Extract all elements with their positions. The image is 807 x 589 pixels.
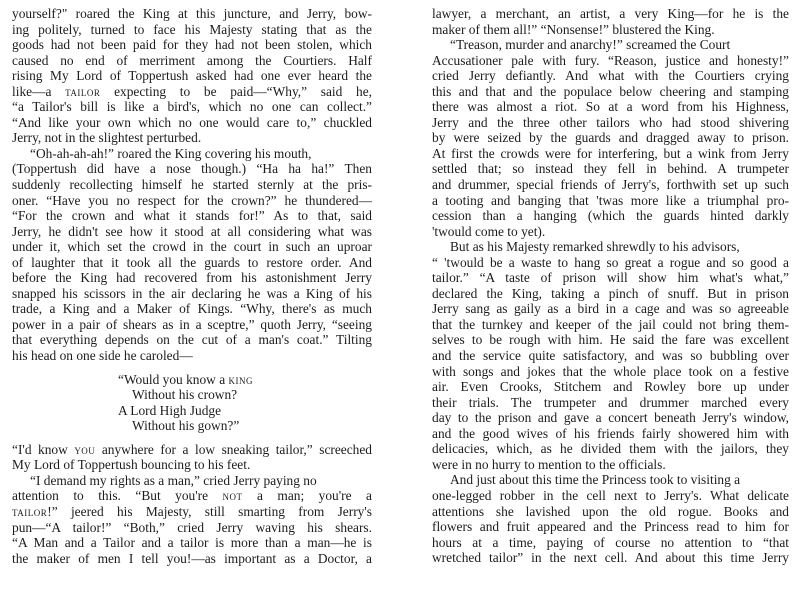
- text-line: that everything depends on the cut of a …: [12, 332, 372, 348]
- text-line: by were seized by the guards and dragged…: [432, 130, 789, 146]
- text-line: with songs and jokes that the whole plac…: [432, 364, 789, 380]
- text-line: and the service quite satisfactory, and …: [432, 348, 789, 364]
- text-line: of laughter that it took all the guards …: [12, 255, 372, 271]
- text-line: the maker of men I tell you!—as importan…: [12, 551, 372, 567]
- text-run: attention to this. “But you're: [12, 488, 223, 503]
- text-line: But as his Majesty remarked shrewdly to …: [432, 239, 789, 255]
- text-line: and drummer, special friends of Jerry's,…: [432, 177, 789, 193]
- text-line: wretched tailor” in the next cell. And a…: [432, 550, 789, 566]
- text-line: 'twould come to yet).: [432, 224, 789, 240]
- text-line: day to the prison and gave a concert ben…: [432, 410, 789, 426]
- text-run: expecting to be paid—“Why,” said he,: [100, 84, 372, 99]
- small-caps-word: king: [229, 372, 254, 387]
- text-line: one-legged robber in the cell next to Je…: [432, 488, 789, 504]
- text-run: a man; you're a: [243, 488, 372, 503]
- text-line: oner. “Have you no respect for the crown…: [12, 193, 372, 209]
- text-line: Jerry sang as gaily as a bird in a cage …: [432, 301, 789, 317]
- text-line: cried Jerry defiantly. And what with the…: [432, 68, 789, 84]
- text-line: rising My Lord of Toppertush asked had o…: [12, 68, 372, 84]
- text-line: there was almost a riot. So at a word fr…: [432, 99, 789, 115]
- text-line: “For the crown and what it stands for!” …: [12, 208, 372, 224]
- text-line: a tooting and banging that 'twas more li…: [432, 193, 789, 209]
- text-line: lawyer, a merchant, an artist, a very Ki…: [432, 6, 789, 22]
- verse-spacer: [12, 434, 372, 442]
- text-line: attentions she lavished upon the old rog…: [432, 504, 789, 520]
- text-line: At first the crowds were for interfering…: [432, 146, 789, 162]
- text-line: his head on one side he caroled—: [12, 348, 372, 364]
- text-line: “I'd know you anywhere for a low sneakin…: [12, 442, 372, 458]
- text-line: My Lord of Toppertush bouncing to his fe…: [12, 457, 372, 473]
- text-line: air. Even Crooks, Stitchem and Rowley bo…: [432, 379, 789, 395]
- left-page: yourself?" roared the King at this junct…: [12, 6, 372, 566]
- verse-line: A Lord High Judge: [12, 403, 372, 419]
- text-line: were in no hurry to mention to the offic…: [432, 457, 789, 473]
- text-line: declared the King, taking a pinch of snu…: [432, 286, 789, 302]
- text-line: ing politely, turned to face his Majesty…: [12, 22, 372, 38]
- text-line: “Oh-ah-ah-ah!” roared the King covering …: [12, 146, 372, 162]
- text-line: cession than a hanging (which the guards…: [432, 208, 789, 224]
- text-line: Accusationer pale with fury. “Reason, ju…: [432, 53, 789, 69]
- small-caps-word: not: [223, 488, 243, 503]
- text-line: settled that; so instead they fell in be…: [432, 161, 789, 177]
- text-line: Jerry, he didn't see how it stood at all…: [12, 224, 372, 240]
- text-line: snapped his scissors in the air declarin…: [12, 286, 372, 302]
- text-line: power in a pair of shears as in a sceptr…: [12, 317, 372, 333]
- verse-line: Without his gown?”: [12, 418, 372, 434]
- small-caps-word: you: [74, 442, 95, 457]
- text-line: tailor!” jeered his Majesty, still smart…: [12, 504, 372, 520]
- verse-line: Without his crown?: [12, 387, 372, 403]
- text-line: goods had not been paid for they had not…: [12, 37, 372, 53]
- text-line: maker of them all!” “Nonsense!” blustere…: [432, 22, 789, 38]
- text-line: yourself?" roared the King at this junct…: [12, 6, 372, 22]
- text-line: “ 'twould be a waste to hang so great a …: [432, 255, 789, 271]
- text-run: !” jeered his Majesty, still smarting fr…: [47, 504, 372, 519]
- text-run: like—a: [12, 84, 65, 99]
- text-line: before the King had recovered from his a…: [12, 270, 372, 286]
- text-line: tailor.” “A taste of prison will show hi…: [432, 270, 789, 286]
- text-run: “Would you know a: [118, 372, 229, 387]
- text-line: (Toppertush did have a nose though.) “Ha…: [12, 161, 372, 177]
- text-line: and the good wives of his friends fairly…: [432, 426, 789, 442]
- text-line: “And like your own which no one would ca…: [12, 115, 372, 131]
- text-line: And just about this time the Princess to…: [432, 472, 789, 488]
- small-caps-word: tailor: [12, 504, 47, 519]
- text-line: under it, which set the crowd in the cou…: [12, 239, 372, 255]
- verse-block: “Would you know a kingWithout his crown?…: [12, 372, 372, 434]
- text-line: flowers and fruit appeared and the Princ…: [432, 519, 789, 535]
- text-line: “Treason, murder and anarchy!” screamed …: [432, 37, 789, 53]
- text-run: anywhere for a low sneaking tailor,” scr…: [95, 442, 372, 457]
- text-line: hours at a time, paying of course no att…: [432, 535, 789, 551]
- text-line: like—a tailor expecting to be paid—“Why,…: [12, 84, 372, 100]
- text-run: “I'd know: [12, 442, 74, 457]
- text-line: Jerry, not in the slightest perturbed.: [12, 130, 372, 146]
- text-line: trade, a King and a Maker of Kings. “Why…: [12, 301, 372, 317]
- verse-spacer: [12, 364, 372, 372]
- text-line: that the turnkey and keeper of the jail …: [432, 317, 789, 333]
- right-page: lawyer, a merchant, an artist, a very Ki…: [432, 6, 789, 566]
- text-line: “I demand my rights as a man,” cried Jer…: [12, 473, 372, 489]
- text-line: “a Tailor's bill is like a bird's, which…: [12, 99, 372, 115]
- verse-line: “Would you know a king: [12, 372, 372, 388]
- text-line: suddenly recollecting himself he started…: [12, 177, 372, 193]
- text-line: their trials. The trumpeter and drummer …: [432, 395, 789, 411]
- text-line: attention to this. “But you're not a man…: [12, 488, 372, 504]
- text-line: delicacies, which, as he divided them wi…: [432, 441, 789, 457]
- text-line: caused no end of merriment among the Cou…: [12, 53, 372, 69]
- text-line: this and that and the populace below che…: [432, 84, 789, 100]
- text-line: Jerry and the three other tailors who ha…: [432, 115, 789, 131]
- text-line: pun—“A tailor!” “Both,” cried Jerry wavi…: [12, 520, 372, 536]
- small-caps-word: tailor: [65, 84, 100, 99]
- text-line: selves to be rough with him. He said the…: [432, 332, 789, 348]
- text-line: “A Man and a Tailor and a tailor is more…: [12, 535, 372, 551]
